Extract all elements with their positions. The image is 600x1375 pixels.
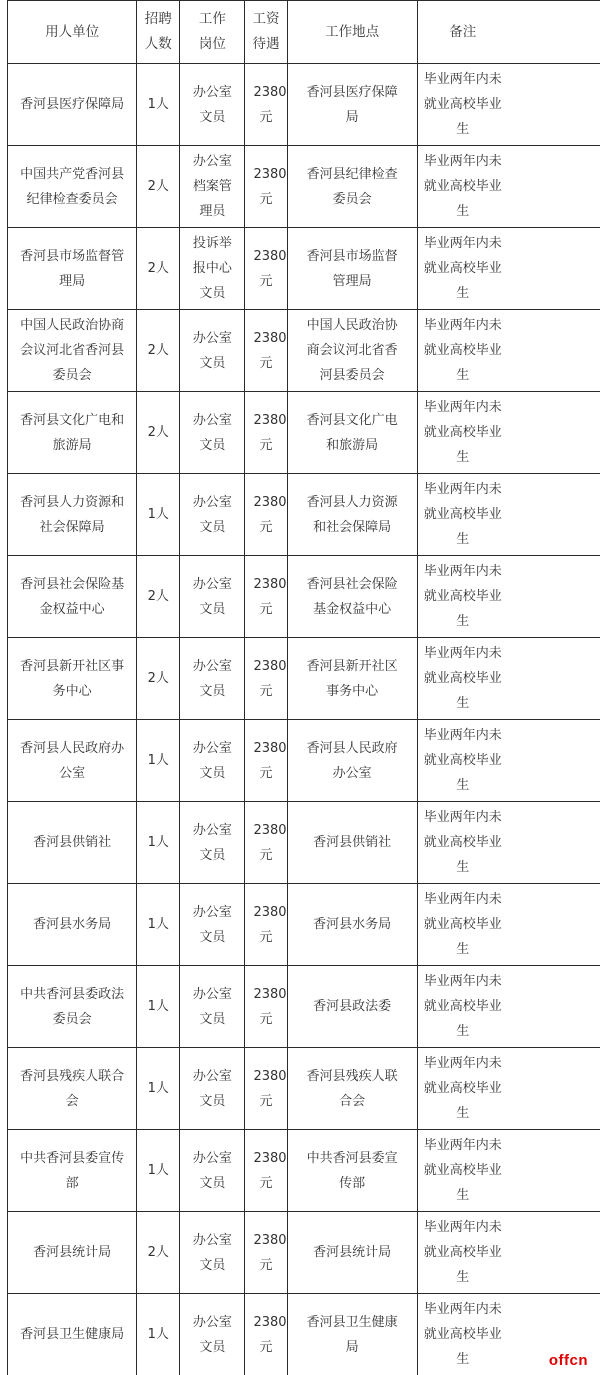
- count-cell-text: 2人: [148, 343, 169, 358]
- count-cell: 2人: [137, 638, 180, 720]
- note-cell: 毕业两年内未就业高校毕业生: [417, 884, 600, 966]
- table-row: 中共香河县委宣传部1人办公室文员2380元中共香河县委宣传部毕业两年内未就业高校…: [8, 1130, 600, 1212]
- position-cell-text: 办公室文员: [193, 495, 232, 535]
- note-cell: 毕业两年内未就业高校毕业生: [417, 802, 600, 884]
- recruitment-table: 用人单位 招聘人数 工作岗位 工资待遇 工作地点 备注 香河县医疗保障局1人办公…: [7, 0, 600, 1375]
- unit-cell: 中国人民政治协商会议河北省香河县委员会: [8, 310, 137, 392]
- position-cell-text: 办公室文员: [193, 741, 232, 781]
- unit-cell: 中共香河县委政法委员会: [8, 966, 137, 1048]
- count-cell-text: 1人: [148, 999, 169, 1014]
- header-row: 用人单位 招聘人数 工作岗位 工资待遇 工作地点 备注: [8, 1, 600, 64]
- unit-cell: 香河县医疗保障局: [8, 64, 137, 146]
- count-cell-text: 1人: [148, 835, 169, 850]
- unit-cell-text: 香河县社会保险基金权益中心: [20, 577, 124, 617]
- count-cell-text: 2人: [148, 1245, 169, 1260]
- salary-cell-text: 2380元: [253, 1151, 286, 1191]
- count-cell-text: 1人: [148, 917, 169, 932]
- salary-cell-text: 2380元: [253, 905, 286, 945]
- unit-cell-text: 香河县统计局: [33, 1245, 111, 1260]
- position-cell: 办公室文员: [180, 1048, 245, 1130]
- unit-cell: 中国共产党香河县纪律检查委员会: [8, 146, 137, 228]
- count-cell: 2人: [137, 392, 180, 474]
- position-cell: 办公室文员: [180, 720, 245, 802]
- unit-cell: 香河县人民政府办公室: [8, 720, 137, 802]
- location-cell-text: 香河县水务局: [313, 917, 391, 932]
- location-cell-text: 香河县政法委: [313, 999, 391, 1014]
- salary-cell-text: 2380元: [253, 577, 286, 617]
- location-cell-text: 香河县医疗保障局: [307, 85, 398, 125]
- unit-cell: 香河县统计局: [8, 1212, 137, 1294]
- location-cell: 香河县统计局: [287, 1212, 417, 1294]
- note-cell: 毕业两年内未就业高校毕业生: [417, 966, 600, 1048]
- unit-cell: 香河县文化广电和旅游局: [8, 392, 137, 474]
- table-row: 香河县卫生健康局1人办公室文员2380元香河县卫生健康局毕业两年内未就业高校毕业…: [8, 1294, 600, 1375]
- location-cell-text: 香河县残疾人联合会: [307, 1069, 398, 1109]
- header-position: 工作岗位: [180, 1, 245, 64]
- salary-cell: 2380元: [245, 64, 287, 146]
- unit-cell-text: 香河县人民政府办公室: [20, 741, 124, 781]
- salary-cell: 2380元: [245, 966, 287, 1048]
- salary-cell: 2380元: [245, 392, 287, 474]
- location-cell-text: 香河县社会保险基金权益中心: [307, 577, 398, 617]
- location-cell: 香河县供销社: [287, 802, 417, 884]
- note-cell-text: 毕业两年内未就业高校毕业生: [421, 395, 505, 470]
- note-cell-text: 毕业两年内未就业高校毕业生: [421, 231, 505, 306]
- count-cell-text: 1人: [148, 1081, 169, 1096]
- count-cell: 1人: [137, 474, 180, 556]
- count-cell: 1人: [137, 1048, 180, 1130]
- salary-cell-text: 2380元: [253, 741, 286, 781]
- offcn-watermark: offcn: [549, 1352, 588, 1369]
- salary-cell: 2380元: [245, 310, 287, 392]
- unit-cell: 香河县社会保险基金权益中心: [8, 556, 137, 638]
- count-cell-text: 2人: [148, 261, 169, 276]
- salary-cell-text: 2380元: [253, 413, 286, 453]
- count-cell: 2人: [137, 228, 180, 310]
- count-cell-text: 1人: [148, 97, 169, 112]
- location-cell: 中国人民政治协商会议河北省香河县委员会: [287, 310, 417, 392]
- note-cell-text: 毕业两年内未就业高校毕业生: [421, 641, 505, 716]
- salary-cell: 2380元: [245, 1212, 287, 1294]
- location-cell: 香河县人力资源和社会保障局: [287, 474, 417, 556]
- position-cell: 办公室文员: [180, 1294, 245, 1375]
- position-cell: 办公室文员: [180, 556, 245, 638]
- unit-cell: 中共香河县委宣传部: [8, 1130, 137, 1212]
- unit-cell: 香河县市场监督管理局: [8, 228, 137, 310]
- unit-cell-text: 香河县水务局: [33, 917, 111, 932]
- salary-cell-text: 2380元: [253, 987, 286, 1027]
- salary-cell-text: 2380元: [253, 85, 286, 125]
- salary-cell-text: 2380元: [253, 167, 286, 207]
- table-row: 香河县文化广电和旅游局2人办公室文员2380元香河县文化广电和旅游局毕业两年内未…: [8, 392, 600, 474]
- position-cell-text: 办公室文员: [193, 987, 232, 1027]
- unit-cell-text: 香河县市场监督管理局: [20, 249, 124, 289]
- count-cell-text: 2人: [148, 589, 169, 604]
- salary-cell-text: 2380元: [253, 1315, 286, 1355]
- unit-cell-text: 香河县文化广电和旅游局: [20, 413, 124, 453]
- header-salary: 工资待遇: [245, 1, 287, 64]
- salary-cell: 2380元: [245, 474, 287, 556]
- position-cell: 办公室文员: [180, 884, 245, 966]
- note-cell: 毕业两年内未就业高校毕业生: [417, 556, 600, 638]
- unit-cell: 香河县卫生健康局: [8, 1294, 137, 1375]
- unit-cell-text: 香河县医疗保障局: [20, 97, 124, 112]
- count-cell-text: 2人: [148, 671, 169, 686]
- count-cell: 1人: [137, 1294, 180, 1375]
- table-row: 香河县医疗保障局1人办公室文员2380元香河县医疗保障局毕业两年内未就业高校毕业…: [8, 64, 600, 146]
- note-cell: 毕业两年内未就业高校毕业生: [417, 146, 600, 228]
- header-count: 招聘人数: [137, 1, 180, 64]
- note-cell: 毕业两年内未就业高校毕业生: [417, 720, 600, 802]
- count-cell-text: 2人: [148, 425, 169, 440]
- count-cell-text: 1人: [148, 507, 169, 522]
- location-cell: 香河县社会保险基金权益中心: [287, 556, 417, 638]
- count-cell: 1人: [137, 802, 180, 884]
- note-cell: 毕业两年内未就业高校毕业生: [417, 1212, 600, 1294]
- location-cell-text: 中国人民政治协商会议河北省香河县委员会: [307, 318, 398, 383]
- table-row: 香河县残疾人联合会1人办公室文员2380元香河县残疾人联合会毕业两年内未就业高校…: [8, 1048, 600, 1130]
- position-cell-text: 办公室文员: [193, 577, 232, 617]
- location-cell: 香河县医疗保障局: [287, 64, 417, 146]
- note-cell: 毕业两年内未就业高校毕业生: [417, 638, 600, 720]
- note-cell-text: 毕业两年内未就业高校毕业生: [421, 559, 505, 634]
- location-cell: 香河县纪律检查委员会: [287, 146, 417, 228]
- position-cell-text: 办公室档案管理员: [193, 154, 232, 219]
- position-cell: 办公室文员: [180, 802, 245, 884]
- location-cell-text: 香河县人民政府办公室: [307, 741, 398, 781]
- count-cell: 1人: [137, 720, 180, 802]
- salary-cell: 2380元: [245, 556, 287, 638]
- unit-cell: 香河县残疾人联合会: [8, 1048, 137, 1130]
- note-cell: 毕业两年内未就业高校毕业生: [417, 64, 600, 146]
- salary-cell: 2380元: [245, 1294, 287, 1375]
- count-cell-text: 1人: [148, 1327, 169, 1342]
- count-cell: 1人: [137, 1130, 180, 1212]
- unit-cell-text: 香河县人力资源和社会保障局: [20, 495, 124, 535]
- location-cell-text: 香河县文化广电和旅游局: [307, 413, 398, 453]
- unit-cell-text: 香河县供销社: [33, 835, 111, 850]
- salary-cell: 2380元: [245, 802, 287, 884]
- count-cell: 2人: [137, 556, 180, 638]
- table-row: 中共香河县委政法委员会1人办公室文员2380元香河县政法委毕业两年内未就业高校毕…: [8, 966, 600, 1048]
- position-cell-text: 办公室文员: [193, 905, 232, 945]
- location-cell-text: 香河县新开社区事务中心: [307, 659, 398, 699]
- unit-cell-text: 中国共产党香河县纪律检查委员会: [20, 167, 124, 207]
- location-cell-text: 香河县统计局: [313, 1245, 391, 1260]
- count-cell: 1人: [137, 884, 180, 966]
- position-cell: 办公室文员: [180, 392, 245, 474]
- position-cell-text: 办公室文员: [193, 823, 232, 863]
- salary-cell: 2380元: [245, 720, 287, 802]
- note-cell-text: 毕业两年内未就业高校毕业生: [421, 1215, 505, 1290]
- table-row: 香河县人民政府办公室1人办公室文员2380元香河县人民政府办公室毕业两年内未就业…: [8, 720, 600, 802]
- note-cell-text: 毕业两年内未就业高校毕业生: [421, 149, 505, 224]
- location-cell: 香河县残疾人联合会: [287, 1048, 417, 1130]
- unit-cell: 香河县人力资源和社会保障局: [8, 474, 137, 556]
- position-cell-text: 办公室文员: [193, 1233, 232, 1273]
- note-cell: 毕业两年内未就业高校毕业生: [417, 474, 600, 556]
- header-unit: 用人单位: [8, 1, 137, 64]
- location-cell-text: 中共香河县委宣传部: [307, 1151, 398, 1191]
- location-cell: 香河县水务局: [287, 884, 417, 966]
- salary-cell: 2380元: [245, 146, 287, 228]
- location-cell: 香河县政法委: [287, 966, 417, 1048]
- position-cell-text: 办公室文员: [193, 1151, 232, 1191]
- unit-cell: 香河县供销社: [8, 802, 137, 884]
- position-cell: 办公室文员: [180, 638, 245, 720]
- header-note: 备注: [417, 1, 600, 64]
- note-cell-text: 毕业两年内未就业高校毕业生: [421, 805, 505, 880]
- note-cell-text: 毕业两年内未就业高校毕业生: [421, 67, 505, 142]
- position-cell-text: 办公室文员: [193, 413, 232, 453]
- location-cell-text: 香河县卫生健康局: [307, 1315, 398, 1355]
- unit-cell-text: 中共香河县委政法委员会: [20, 987, 124, 1027]
- position-cell: 办公室文员: [180, 1130, 245, 1212]
- note-cell-text: 毕业两年内未就业高校毕业生: [421, 723, 505, 798]
- table-row: 香河县社会保险基金权益中心2人办公室文员2380元香河县社会保险基金权益中心毕业…: [8, 556, 600, 638]
- position-cell: 投诉举报中心文员: [180, 228, 245, 310]
- note-cell: 毕业两年内未就业高校毕业生: [417, 310, 600, 392]
- position-cell: 办公室文员: [180, 310, 245, 392]
- note-cell-text: 毕业两年内未就业高校毕业生: [421, 969, 505, 1044]
- salary-cell-text: 2380元: [253, 495, 286, 535]
- position-cell-text: 办公室文员: [193, 1069, 232, 1109]
- salary-cell-text: 2380元: [253, 823, 286, 863]
- note-cell: 毕业两年内未就业高校毕业生: [417, 392, 600, 474]
- position-cell: 办公室文员: [180, 966, 245, 1048]
- count-cell-text: 1人: [148, 1163, 169, 1178]
- unit-cell: 香河县新开社区事务中心: [8, 638, 137, 720]
- location-cell: 香河县市场监督管理局: [287, 228, 417, 310]
- unit-cell-text: 香河县新开社区事务中心: [20, 659, 124, 699]
- location-cell-text: 香河县市场监督管理局: [307, 249, 398, 289]
- salary-cell-text: 2380元: [253, 659, 286, 699]
- table-row: 香河县水务局1人办公室文员2380元香河县水务局毕业两年内未就业高校毕业生: [8, 884, 600, 966]
- location-cell: 香河县新开社区事务中心: [287, 638, 417, 720]
- salary-cell: 2380元: [245, 1130, 287, 1212]
- position-cell: 办公室档案管理员: [180, 146, 245, 228]
- location-cell-text: 香河县供销社: [313, 835, 391, 850]
- position-cell-text: 投诉举报中心文员: [193, 236, 232, 301]
- position-cell: 办公室文员: [180, 64, 245, 146]
- count-cell: 2人: [137, 1212, 180, 1294]
- table-row: 香河县供销社1人办公室文员2380元香河县供销社毕业两年内未就业高校毕业生: [8, 802, 600, 884]
- note-cell-text: 毕业两年内未就业高校毕业生: [421, 1297, 505, 1372]
- table-row: 香河县新开社区事务中心2人办公室文员2380元香河县新开社区事务中心毕业两年内未…: [8, 638, 600, 720]
- count-cell-text: 1人: [148, 753, 169, 768]
- count-cell: 1人: [137, 966, 180, 1048]
- location-cell: 香河县卫生健康局: [287, 1294, 417, 1375]
- unit-cell-text: 中共香河县委宣传部: [20, 1151, 124, 1191]
- note-cell: 毕业两年内未就业高校毕业生: [417, 1130, 600, 1212]
- header-location: 工作地点: [287, 1, 417, 64]
- position-cell-text: 办公室文员: [193, 659, 232, 699]
- note-cell-text: 毕业两年内未就业高校毕业生: [421, 477, 505, 552]
- location-cell-text: 香河县纪律检查委员会: [307, 167, 398, 207]
- position-cell-text: 办公室文员: [193, 1315, 232, 1355]
- count-cell: 1人: [137, 64, 180, 146]
- salary-cell-text: 2380元: [253, 1233, 286, 1273]
- unit-cell-text: 香河县卫生健康局: [20, 1327, 124, 1342]
- note-cell-text: 毕业两年内未就业高校毕业生: [421, 313, 505, 388]
- position-cell-text: 办公室文员: [193, 331, 232, 371]
- unit-cell: 香河县水务局: [8, 884, 137, 966]
- count-cell: 2人: [137, 146, 180, 228]
- salary-cell: 2380元: [245, 1048, 287, 1130]
- position-cell-text: 办公室文员: [193, 85, 232, 125]
- location-cell: 香河县文化广电和旅游局: [287, 392, 417, 474]
- note-cell-text: 毕业两年内未就业高校毕业生: [421, 1133, 505, 1208]
- unit-cell-text: 香河县残疾人联合会: [20, 1069, 124, 1109]
- location-cell: 香河县人民政府办公室: [287, 720, 417, 802]
- salary-cell: 2380元: [245, 228, 287, 310]
- table-row: 中国共产党香河县纪律检查委员会2人办公室档案管理员2380元香河县纪律检查委员会…: [8, 146, 600, 228]
- unit-cell-text: 中国人民政治协商会议河北省香河县委员会: [20, 318, 124, 383]
- table-row: 香河县统计局2人办公室文员2380元香河县统计局毕业两年内未就业高校毕业生: [8, 1212, 600, 1294]
- salary-cell: 2380元: [245, 884, 287, 966]
- salary-cell-text: 2380元: [253, 331, 286, 371]
- note-cell-text: 毕业两年内未就业高校毕业生: [421, 887, 505, 962]
- note-cell: 毕业两年内未就业高校毕业生: [417, 228, 600, 310]
- salary-cell-text: 2380元: [253, 249, 286, 289]
- table-row: 香河县市场监督管理局2人投诉举报中心文员2380元香河县市场监督管理局毕业两年内…: [8, 228, 600, 310]
- note-cell: 毕业两年内未就业高校毕业生: [417, 1048, 600, 1130]
- count-cell-text: 2人: [148, 179, 169, 194]
- table-row: 香河县人力资源和社会保障局1人办公室文员2380元香河县人力资源和社会保障局毕业…: [8, 474, 600, 556]
- salary-cell: 2380元: [245, 638, 287, 720]
- table-row: 中国人民政治协商会议河北省香河县委员会2人办公室文员2380元中国人民政治协商会…: [8, 310, 600, 392]
- position-cell: 办公室文员: [180, 474, 245, 556]
- count-cell: 2人: [137, 310, 180, 392]
- location-cell: 中共香河县委宣传部: [287, 1130, 417, 1212]
- note-cell-text: 毕业两年内未就业高校毕业生: [421, 1051, 505, 1126]
- salary-cell-text: 2380元: [253, 1069, 286, 1109]
- location-cell-text: 香河县人力资源和社会保障局: [307, 495, 398, 535]
- position-cell: 办公室文员: [180, 1212, 245, 1294]
